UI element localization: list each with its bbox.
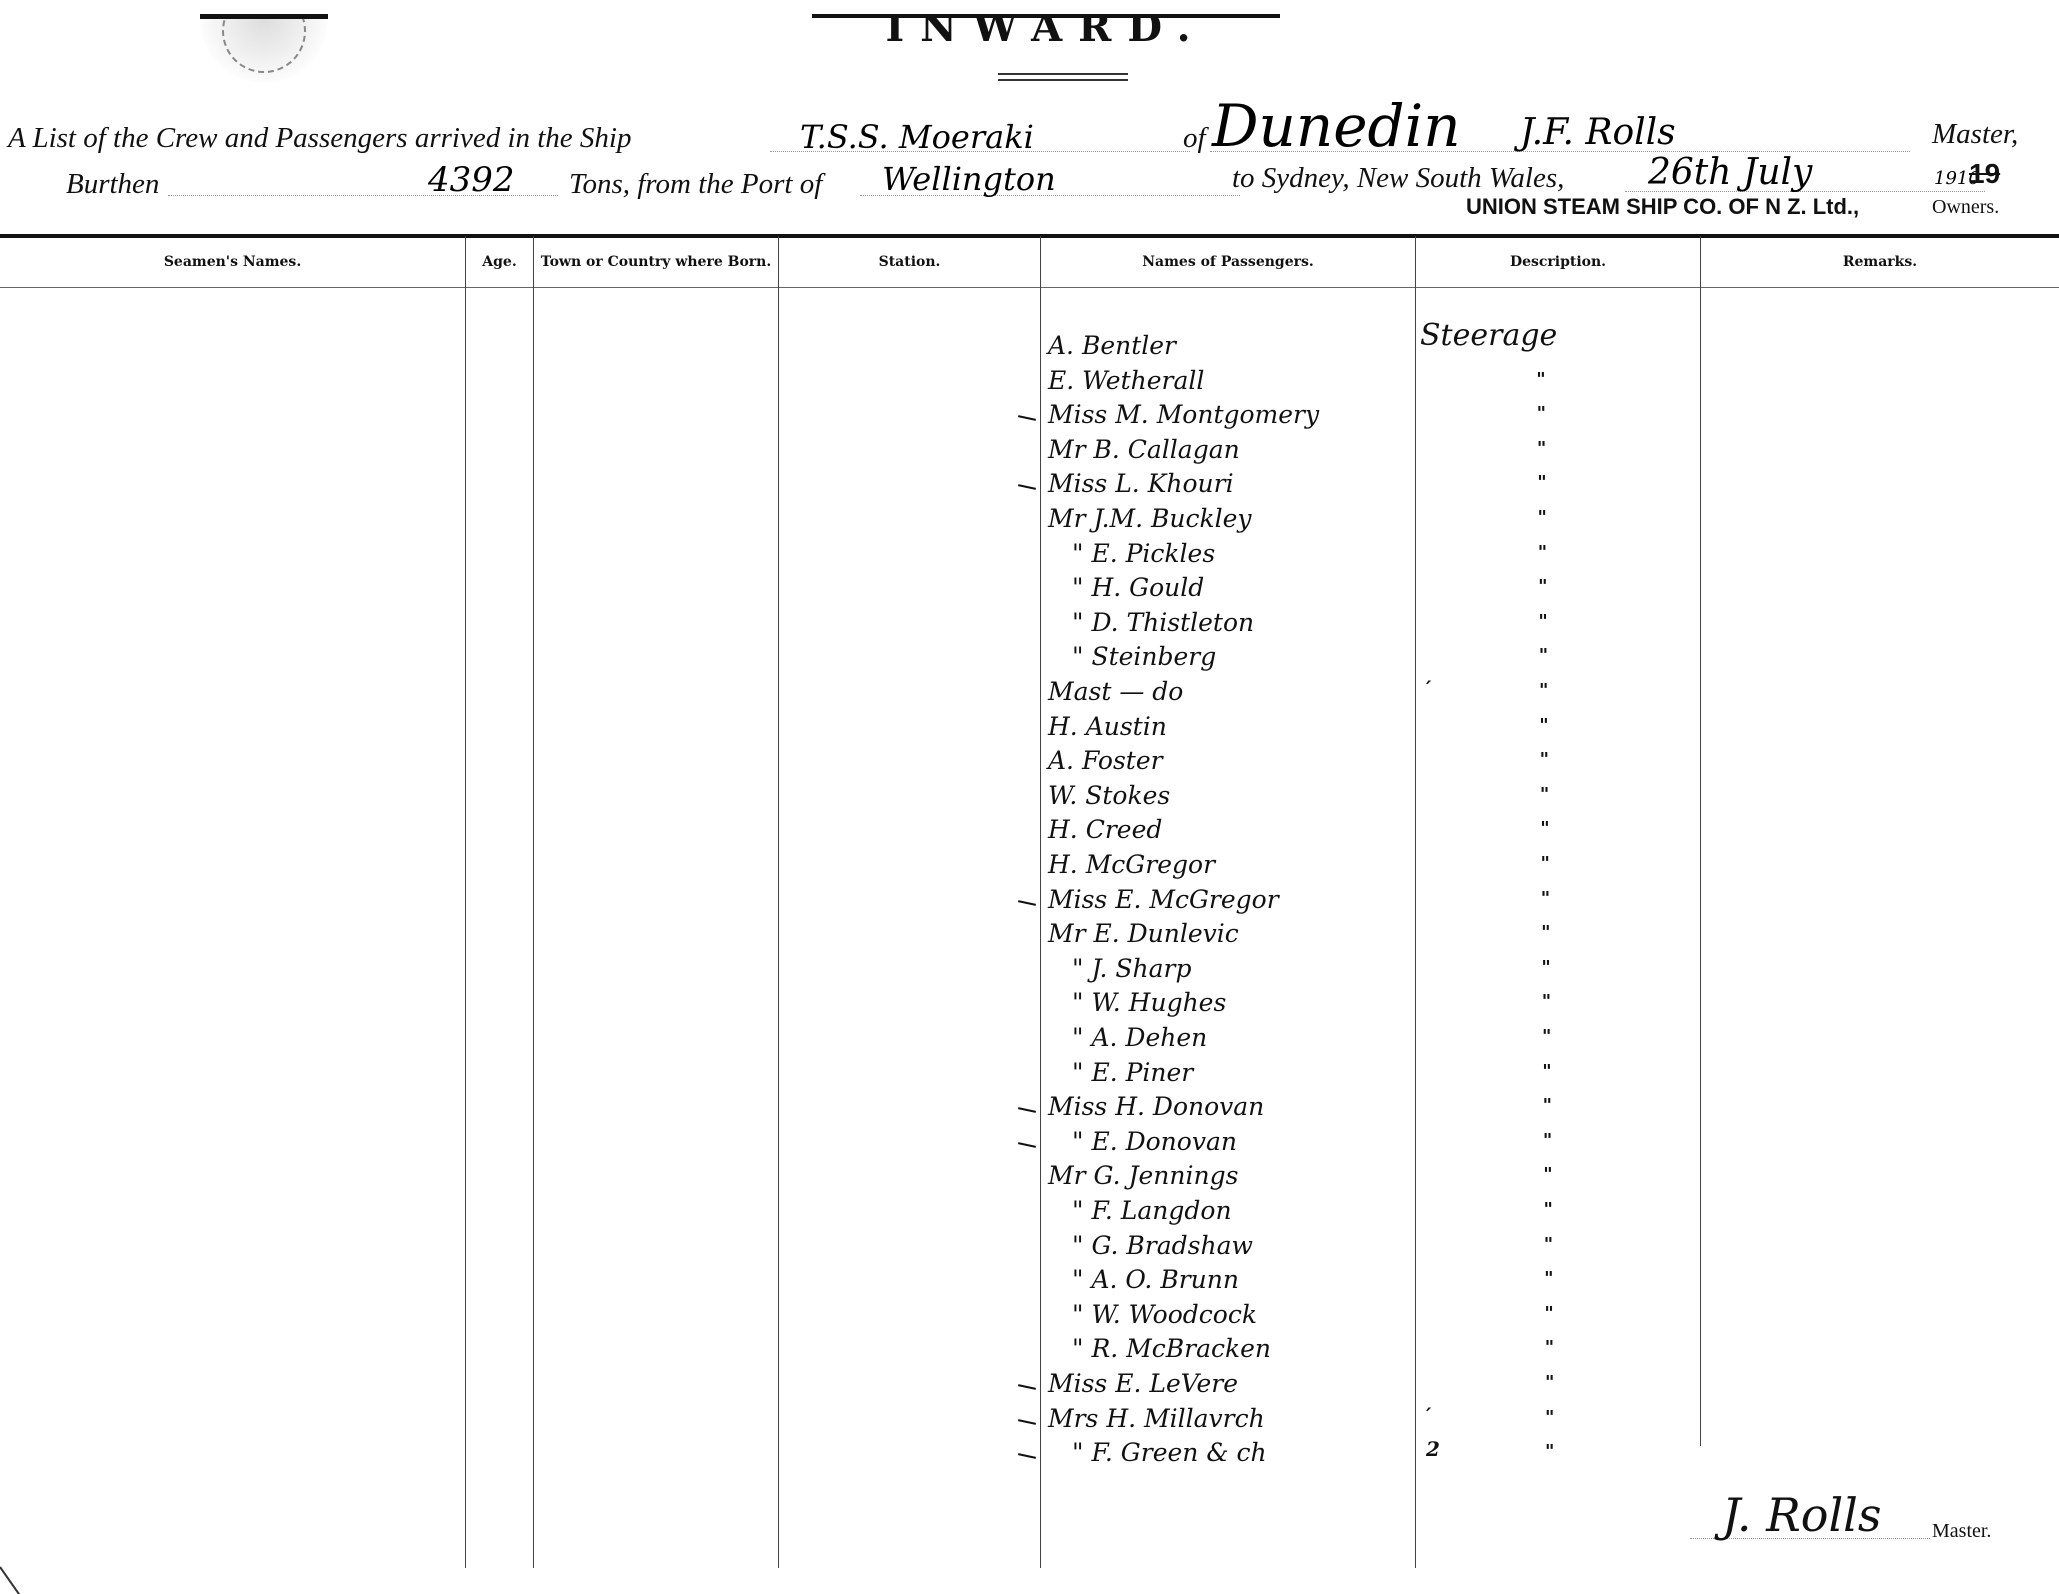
from-port-field: Wellington: [882, 160, 1056, 198]
passenger-name: H. McGregor: [1048, 850, 1215, 879]
passenger-description: ": [1541, 888, 1550, 909]
passenger-row: " R. McBracken: [1048, 1331, 1271, 1365]
passenger-description: ": [1543, 1164, 1552, 1185]
passenger-description: ": [1538, 507, 1547, 528]
passenger-name: " F. Green & ch: [1072, 1438, 1267, 1467]
passenger-description: ": [1542, 1061, 1551, 1082]
passenger-row: " J. Sharp: [1048, 951, 1192, 985]
check-tick-mark: [1018, 1107, 1036, 1113]
passenger-row: " W. Woodcock: [1048, 1297, 1257, 1331]
passenger-description: ": [1542, 991, 1551, 1012]
passenger-name: Mr G. Jennings: [1048, 1161, 1238, 1190]
passenger-name: Miss L. Khouri: [1048, 469, 1234, 498]
passenger-name: " G. Bradshaw: [1072, 1231, 1253, 1260]
passenger-description: ": [1540, 784, 1549, 805]
destination-label: to Sydney, New South Wales,: [1232, 162, 1564, 195]
owners-label: Owners.: [1932, 196, 1999, 219]
passenger-row: " D. Thistleton: [1048, 605, 1254, 639]
description-margin-mark: ′: [1426, 1403, 1431, 1427]
passenger-name: " R. McBracken: [1072, 1334, 1271, 1363]
passenger-name: H. Austin: [1048, 712, 1167, 741]
arrival-date-field: 26th July: [1648, 152, 1812, 193]
passenger-row: " Steinberg: [1048, 639, 1216, 673]
passenger-row: Mr B. Callagan: [1048, 432, 1240, 466]
master-label: Master,: [1932, 118, 2018, 151]
column-header-station: Station.: [779, 238, 1040, 286]
passenger-name: " W. Woodcock: [1072, 1300, 1257, 1329]
passenger-description: ": [1537, 403, 1546, 424]
document-title: INWARD.: [812, 14, 1280, 46]
passenger-row: H. McGregor: [1048, 847, 1215, 881]
passenger-row: Mr J.M. Buckley: [1048, 501, 1252, 535]
passenger-name: A. Foster: [1048, 746, 1163, 775]
passenger-name: E. Wetherall: [1048, 366, 1204, 395]
passenger-row: Mr E. Dunlevic: [1048, 916, 1239, 950]
passenger-row: A. Foster: [1048, 743, 1163, 777]
official-seal-stamp: [200, 14, 328, 83]
passenger-row: " F. Langdon: [1048, 1193, 1232, 1227]
passenger-name: " H. Gould: [1072, 573, 1204, 602]
passenger-description: ": [1545, 1441, 1554, 1462]
passenger-name: " D. Thistleton: [1072, 608, 1254, 637]
home-port-field: Dunedin: [1212, 92, 1461, 160]
passenger-description: ": [1544, 1268, 1553, 1289]
passenger-description: ": [1538, 611, 1547, 632]
master-signature: J. Rolls: [1722, 1488, 1881, 1542]
passenger-name: Miss E. McGregor: [1048, 885, 1279, 914]
passenger-description: ": [1543, 1095, 1552, 1116]
passenger-name: H. Creed: [1048, 815, 1162, 844]
column-header-seamens-names: Seamen's Names.: [0, 238, 465, 286]
passenger-description: ": [1537, 438, 1546, 459]
passenger-name: " A. Dehen: [1072, 1023, 1207, 1052]
passenger-description: ": [1536, 369, 1545, 390]
passenger-description: Steerage: [1420, 318, 1557, 353]
passenger-description: ": [1542, 1026, 1551, 1047]
passenger-row: Mr G. Jennings: [1048, 1158, 1238, 1192]
tons-from-port-label: Tons, from the Port of: [569, 168, 822, 201]
passenger-description: ": [1545, 1337, 1554, 1358]
check-tick-mark: [1018, 484, 1036, 490]
passenger-description: ": [1537, 472, 1546, 493]
passenger-row: " G. Bradshaw: [1048, 1228, 1253, 1262]
column-header-age: Age.: [466, 238, 533, 286]
passenger-description: ": [1544, 1234, 1553, 1255]
passenger-row: " W. Hughes: [1048, 985, 1226, 1019]
check-tick-mark: [1018, 1453, 1036, 1459]
description-margin-mark: 2: [1426, 1437, 1440, 1461]
passenger-name: Miss M. Montgomery: [1048, 400, 1319, 429]
passenger-name: Mr B. Callagan: [1048, 435, 1240, 464]
passenger-name: " Steinberg: [1072, 642, 1216, 671]
passenger-description: ": [1544, 1199, 1553, 1220]
passenger-name: Mr J.M. Buckley: [1048, 504, 1252, 533]
passenger-row: Miss H. Donovan: [1048, 1089, 1264, 1123]
year-printed-struck: 19: [1969, 158, 2000, 190]
column-divider: [533, 236, 534, 1568]
passenger-row: " E. Piner: [1048, 1055, 1193, 1089]
of-label: of: [1183, 122, 1206, 155]
passenger-description: ": [1538, 542, 1547, 563]
column-divider: [1040, 236, 1041, 1568]
passenger-row: " A. Dehen: [1048, 1020, 1207, 1054]
check-tick-mark: [1018, 1142, 1036, 1148]
burthen-label: Burthen: [66, 168, 159, 201]
passenger-row: W. Stokes: [1048, 778, 1170, 812]
passenger-name: W. Stokes: [1048, 781, 1170, 810]
master-name-field: J.F. Rolls: [1520, 112, 1676, 153]
passenger-name: " W. Hughes: [1072, 988, 1226, 1017]
passenger-description: ": [1540, 749, 1549, 770]
passenger-description: ": [1541, 957, 1550, 978]
column-header-born: Town or Country where Born.: [534, 238, 778, 286]
passenger-name: Miss E. LeVere: [1048, 1369, 1238, 1398]
passenger-row: " F. Green & ch: [1048, 1435, 1267, 1469]
description-margin-mark: ′: [1426, 676, 1431, 700]
owners-name: UNION STEAM SHIP CO. OF N Z. Ltd.,: [1466, 194, 1859, 220]
column-divider: [778, 236, 779, 1568]
passenger-description: ": [1544, 1303, 1553, 1324]
passenger-row: " H. Gould: [1048, 570, 1204, 604]
column-divider: [1700, 236, 1701, 1446]
passenger-description: ": [1545, 1372, 1554, 1393]
title-double-rule: [998, 73, 1128, 81]
passenger-name: " J. Sharp: [1072, 954, 1192, 983]
column-header-description: Description.: [1416, 238, 1700, 286]
signature-master-label: Master.: [1932, 1520, 1991, 1543]
column-divider: [465, 236, 466, 1568]
passenger-row: Miss M. Montgomery: [1048, 397, 1319, 431]
passenger-description: ": [1539, 645, 1548, 666]
corner-scan-mark: [0, 1566, 24, 1594]
passenger-row: H. Austin: [1048, 709, 1167, 743]
passenger-row: Miss E. LeVere: [1048, 1366, 1238, 1400]
check-tick-mark: [1018, 1384, 1036, 1390]
preamble-line-1-prefix: A List of the Crew and Passengers arrive…: [8, 122, 632, 155]
column-divider: [1415, 236, 1416, 1568]
passenger-description: ": [1545, 1407, 1554, 1428]
passenger-name: Mast — do: [1048, 677, 1183, 706]
passenger-name: " E. Piner: [1072, 1058, 1193, 1087]
column-header-remarks: Remarks.: [1701, 238, 2059, 286]
check-tick-mark: [1018, 1419, 1036, 1425]
check-tick-mark: [1018, 900, 1036, 906]
passenger-row: " E. Donovan: [1048, 1124, 1237, 1158]
passenger-name: Miss H. Donovan: [1048, 1092, 1264, 1121]
passenger-row: A. Bentler: [1048, 328, 1176, 362]
passenger-row: H. Creed: [1048, 812, 1162, 846]
passenger-name: A. Bentler: [1048, 331, 1176, 360]
passenger-row: " E. Pickles: [1048, 536, 1215, 570]
ship-name-field: T.S.S. Moeraki: [800, 118, 1034, 156]
passenger-description: ": [1538, 576, 1547, 597]
passenger-row: Mrs H. Millavrch: [1048, 1401, 1265, 1435]
passenger-name: " F. Langdon: [1072, 1196, 1232, 1225]
passenger-name: Mrs H. Millavrch: [1048, 1404, 1265, 1433]
passenger-row: " A. O. Brunn: [1048, 1262, 1239, 1296]
passenger-row: Mast — do: [1048, 674, 1183, 708]
passenger-description: ": [1539, 680, 1548, 701]
passenger-description: ": [1541, 922, 1550, 943]
passenger-name: " E. Pickles: [1072, 539, 1215, 568]
passenger-description: ": [1539, 715, 1548, 736]
passenger-row: Miss E. McGregor: [1048, 882, 1279, 916]
passenger-description: ": [1540, 818, 1549, 839]
table-header-bottom-rule: [0, 287, 2059, 288]
passenger-name: " E. Donovan: [1072, 1127, 1237, 1156]
passenger-row: E. Wetherall: [1048, 363, 1204, 397]
tonnage-field: 4392: [428, 160, 515, 200]
passenger-description: ": [1541, 853, 1550, 874]
passenger-description: ": [1543, 1130, 1552, 1151]
column-header-passenger-names: Names of Passengers.: [1041, 238, 1415, 286]
check-tick-mark: [1018, 415, 1036, 421]
passenger-name: Mr E. Dunlevic: [1048, 919, 1239, 948]
passenger-name: " A. O. Brunn: [1072, 1265, 1239, 1294]
passenger-row: Miss L. Khouri: [1048, 466, 1234, 500]
